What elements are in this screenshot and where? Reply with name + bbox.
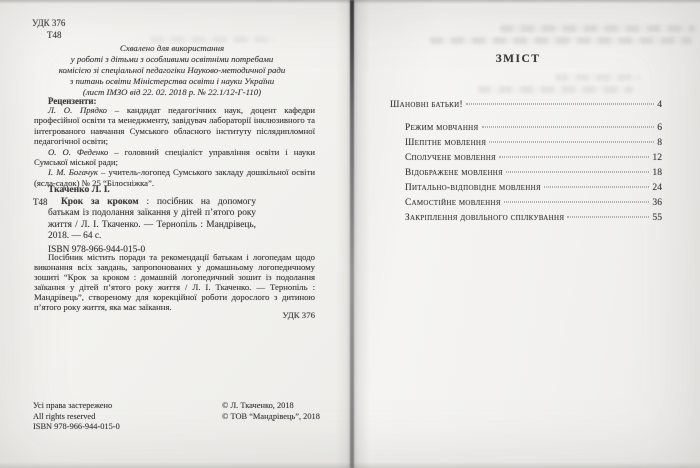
rights-line: ISBN 978-966-944-015-0 <box>33 422 120 433</box>
toc-entry-label: Відображене мовлення <box>405 168 503 178</box>
toc-entry-label: Режим мовчання <box>405 123 479 133</box>
reviewer-item: Л. О. Прядко – кандидат педагогічних нау… <box>34 105 315 147</box>
toc-entry-label: Сполучене мовлення <box>405 153 496 163</box>
toc-entry-label: Закріплення довільного спілкування <box>405 213 564 223</box>
copyright-block: © Л. Ткаченко, 2018 © ТОВ “Мандрівець”, … <box>222 401 320 422</box>
toc-entry-label: Питально-відповідне мовлення <box>405 183 541 193</box>
approval-line: комісією зі спеціальної педагогіки Науко… <box>32 65 312 76</box>
show-through-ghost <box>478 86 633 93</box>
toc-entry-label: Шепітне мовлення <box>405 138 486 148</box>
dot-leader <box>499 157 649 158</box>
dot-leader <box>482 127 655 128</box>
catalog-author: Ткаченко Л. І. <box>48 184 110 195</box>
catalog-card: Т48 Крок за кроком : посібник на допомог… <box>48 197 256 256</box>
approval-note: Схвалено для використання у роботі з діт… <box>32 43 312 98</box>
toc-entry-label: Шановні батьки! <box>390 100 463 110</box>
toc-entry-list: Режим мовчання 6 Шепітне мовлення 8 Спол… <box>390 122 662 227</box>
toc-entry-page: 36 <box>652 197 662 208</box>
reviewer-name: О. О. Феденко <box>48 147 108 157</box>
toc-entry: Сполучене мовлення 12 <box>390 152 662 167</box>
show-through-ghost <box>500 25 695 32</box>
udk-footer: УДК 376 <box>34 310 315 320</box>
catalog-code: Т48 <box>33 197 48 208</box>
udk-code: УДК 376 <box>32 18 65 30</box>
left-page: УДК 376 Т48 Схвалено для використання у … <box>0 0 350 468</box>
toc-entry-page: 12 <box>652 152 662 163</box>
approval-line: Схвалено для використання <box>32 43 312 54</box>
toc-entry: Шепітне мовлення 8 <box>390 137 662 152</box>
book-title: Крок за кроком <box>61 197 139 207</box>
approval-line: у роботі з дітьми з особливими освітніми… <box>32 54 312 65</box>
book-gutter-line <box>350 0 354 468</box>
dot-leader <box>489 142 654 143</box>
reviewer-item: О. О. Феденко – головний спеціаліст упра… <box>34 147 315 168</box>
show-through-ghost <box>555 74 640 81</box>
show-through-ghost <box>150 36 275 43</box>
dot-leader <box>567 217 649 218</box>
toc-entry-page: 6 <box>657 122 662 133</box>
annotation-text: Посібник містить поради та рекомендації … <box>34 252 315 313</box>
copyright-line: © ТОВ “Мандрівець”, 2018 <box>222 412 320 423</box>
toc-title: ЗМІСТ <box>382 53 654 65</box>
toc-entry-page: 55 <box>652 212 662 223</box>
dot-leader <box>466 104 654 105</box>
photo-bottom-edge <box>0 462 700 468</box>
toc-entry: Шановні батьки! 4 <box>390 99 662 114</box>
bbk-code: Т48 <box>32 30 65 42</box>
dot-leader <box>504 202 650 203</box>
toc-entry: Відображене мовлення 18 <box>390 167 662 182</box>
show-through-ghost <box>430 37 692 44</box>
dot-leader <box>506 172 649 173</box>
toc-entry-page: 8 <box>657 137 662 148</box>
toc-entry-page: 4 <box>657 99 662 110</box>
toc-entry: Закріплення довільного спілкування 55 <box>390 212 662 227</box>
book-spread-photo: УДК 376 Т48 Схвалено для використання у … <box>0 0 700 468</box>
catalog-entry: Крок за кроком : посібник на допомогу ба… <box>48 197 256 243</box>
reviewers-list: Л. О. Прядко – кандидат педагогічних нау… <box>34 105 315 188</box>
toc-entry-label: Самостійне мовлення <box>405 198 501 208</box>
approval-line: з питань освіти Міністерства освіти і на… <box>32 76 312 87</box>
annotation-block: Посібник містить поради та рекомендації … <box>34 252 315 313</box>
photo-top-edge <box>0 0 700 4</box>
toc-entry-page: 24 <box>652 182 662 193</box>
udk-index-block: УДК 376 Т48 <box>32 18 65 41</box>
rights-block: Усі права застережено All rights reserve… <box>33 401 120 433</box>
copyright-line: © Л. Ткаченко, 2018 <box>222 401 320 412</box>
reviewer-name: І. М. Богачук <box>48 167 98 177</box>
rights-line: All rights reserved <box>33 412 120 423</box>
toc-entry-page: 18 <box>652 167 662 178</box>
right-page: ЗМІСТ Шановні батьки! 4 Режим мовчання 6… <box>350 0 700 468</box>
reviewer-name: Л. О. Прядко <box>48 105 107 115</box>
toc-entry: Питально-відповідне мовлення 24 <box>390 182 662 197</box>
dot-leader <box>544 187 649 188</box>
toc-entry: Режим мовчання 6 <box>390 122 662 137</box>
rights-line: Усі права застережено <box>33 401 120 412</box>
toc-entry: Самостійне мовлення 36 <box>390 197 662 212</box>
